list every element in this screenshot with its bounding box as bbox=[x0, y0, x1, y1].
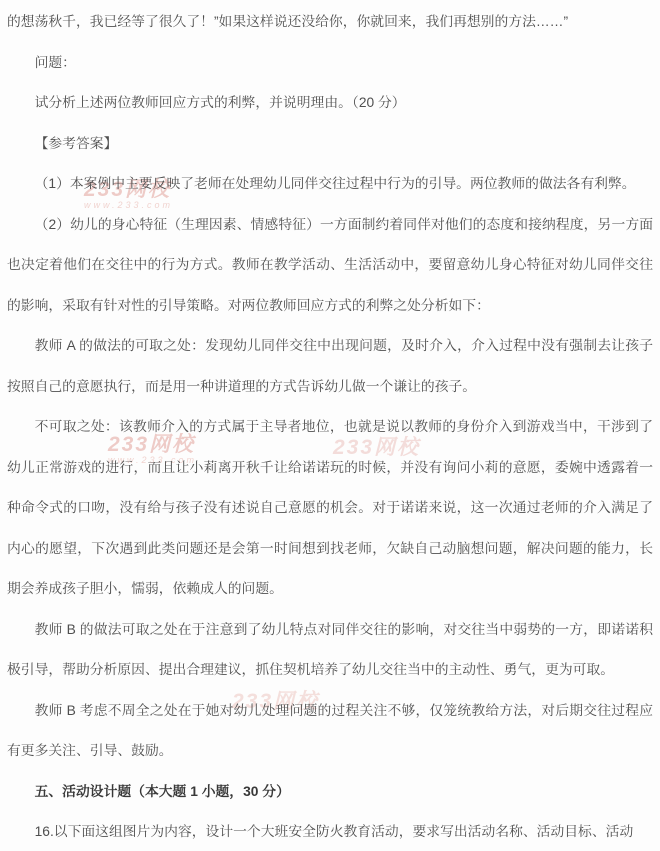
scanned-exam-answer-page: 233网校 www.233.com 233网校 www.233.com 233网… bbox=[0, 0, 660, 851]
question-prompt: 试分析上述两位教师回应方式的利弊，并说明理由。（20 分） bbox=[7, 83, 653, 124]
reference-answer-header: 【参考答案】 bbox=[7, 124, 653, 165]
question-label: 问题： bbox=[7, 43, 653, 84]
teacher-a-cons: 不可取之处：该教师介入的方式属于主导者地位，也就是说以教师的身份介入到游戏当中，… bbox=[7, 407, 653, 610]
document-body: 的想荡秋千，我已经等了很久了！”如果这样说还没给你，你就回来，我们再想别的方法…… bbox=[7, 2, 653, 851]
case-text-tail: 的想荡秋千，我已经等了很久了！”如果这样说还没给你，你就回来，我们再想别的方法…… bbox=[7, 2, 653, 43]
question-16-prompt: 16.以下面这组图片为内容，设计一个大班安全防火教育活动，要求写出活动名称、活动… bbox=[7, 812, 653, 851]
section-five-heading: 五、活动设计题（本大题 1 小题，30 分） bbox=[7, 772, 653, 813]
teacher-b-cons: 教师 B 考虑不周全之处在于她对幼儿处理问题的过程关注不够，仅笼统教给方法，对后… bbox=[7, 691, 653, 772]
teacher-a-pros: 教师 A 的做法的可取之处：发现幼儿同伴交往中出现问题，及时介入，介入过程中没有… bbox=[7, 326, 653, 407]
answer-point-2: （2）幼儿的身心特征（生理因素、情感特征）一方面制约着同伴对他们的态度和接纳程度… bbox=[7, 205, 653, 327]
answer-point-1: （1）本案例中主要反映了老师在处理幼儿同伴交往过程中行为的引导。两位教师的做法各… bbox=[7, 164, 653, 205]
teacher-b-pros: 教师 B 的做法可取之处在于注意到了幼儿特点对同伴交往的影响，对交往当中弱势的一… bbox=[7, 610, 653, 691]
